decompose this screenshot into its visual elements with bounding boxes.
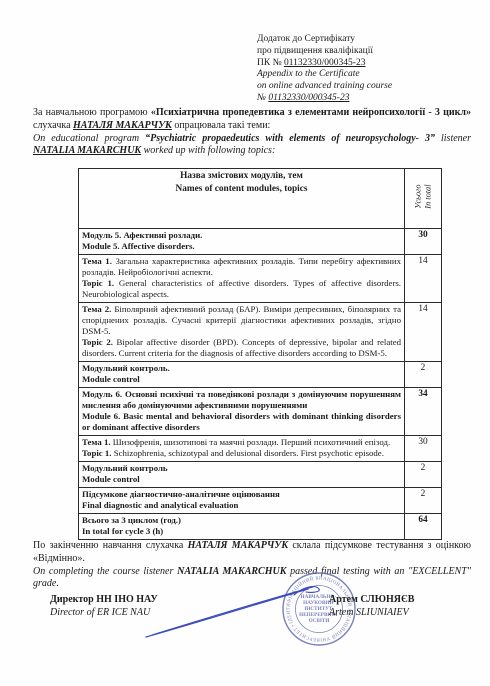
header-line-en-3: № 01132330/000345-23 xyxy=(257,93,392,105)
table-row: Модульний контроль Module control 2 xyxy=(79,462,442,488)
listener-name-uk: НАТАЛЯ МАКАРЧУК xyxy=(73,120,172,131)
header-line-en-1: Appendix to the Certificate xyxy=(257,69,392,81)
table-row-total: Всього за 3 циклом (год.) In total for c… xyxy=(79,514,442,540)
hours-cell: 14 xyxy=(405,303,442,362)
handwritten-signature xyxy=(132,574,352,644)
listener-name-uk: НАТАЛЯ МАКАРЧУК xyxy=(188,540,289,551)
hours-cell: 2 xyxy=(405,488,442,514)
table-row: Модульний контроль. Module control 2 xyxy=(79,362,442,388)
table-row: Модуль 6. Основні психічні та поведінков… xyxy=(79,388,442,436)
director-name-uk: Артем СЛЮНЯЄВ xyxy=(329,593,414,606)
table-header-row: Назва змістових модулів, тем Names of co… xyxy=(79,169,442,229)
row-text-en: Topic 2. Bipolar affective disorder (BPD… xyxy=(82,337,401,359)
row-text-uk: Всього за 3 циклом (год.) xyxy=(82,515,401,526)
row-text-uk: Модульний контроль xyxy=(82,463,401,474)
intro-paragraph: За навчальною програмою «Психіатрична пр… xyxy=(33,107,471,158)
header-line-en-2: on online advanced training course xyxy=(257,81,392,93)
header-line-uk-2: про підвищення кваліфікації xyxy=(257,46,392,58)
table-row: Модуль 5. Афективні розлади. Module 5. A… xyxy=(79,229,442,255)
row-text-en: Module control xyxy=(82,474,401,485)
header-line-uk-1: Додаток до Сертифікату xyxy=(257,34,392,46)
row-text-en: Module control xyxy=(82,374,401,385)
certificate-number: 01132330/000345-23 xyxy=(284,58,365,68)
director-name-en: Artem SLIUNIAIEV xyxy=(329,606,414,619)
row-text-en: Module 6. Basic mental and behavioral di… xyxy=(82,411,401,433)
row-text-uk: Модуль 6. Основні психічні та поведінков… xyxy=(82,389,401,411)
table-row: Тема 2. Біполярний афективний розлад (БА… xyxy=(79,303,442,362)
program-title-en: “Psychiatric propaedeutics with elements… xyxy=(145,133,435,144)
row-text-uk: Модуль 5. Афективні розлади. xyxy=(82,230,401,241)
hours-cell: 30 xyxy=(405,436,442,462)
header-cell-hours: Усього In total xyxy=(405,169,442,229)
certificate-number-en: 01132330/000345-23 xyxy=(268,93,349,103)
row-text-en: Topic 1. General characteristics of affe… xyxy=(82,278,401,300)
table-row: Підсумкове діагностично-аналітичне оціню… xyxy=(79,488,442,514)
hours-cell: 30 xyxy=(405,229,442,255)
row-text-uk: Модульний контроль. xyxy=(82,363,401,374)
header-cell-topics: Назва змістових модулів, тем Names of co… xyxy=(79,169,405,229)
hours-cell: 2 xyxy=(405,362,442,388)
row-text-en: In total for cycle 3 (h) xyxy=(82,526,401,537)
intro-uk: За навчальною програмою «Психіатрична пр… xyxy=(33,107,471,131)
row-text-en: Module 5. Affective disorders. xyxy=(82,241,401,252)
certificate-header: Додаток до Сертифікату про підвищення кв… xyxy=(257,34,392,105)
header-line-uk-3: ПК № 01132330/000345-23 xyxy=(257,58,392,70)
row-text-en: Topic 1. Schizophrenia, schizotypal and … xyxy=(82,448,401,459)
row-text-uk: Тема 1. Шизофренія, шизотипові та маячні… xyxy=(82,437,401,448)
certificate-appendix-page: Додаток до Сертифікату про підвищення кв… xyxy=(0,0,490,686)
hours-cell: 34 xyxy=(405,388,442,436)
table-row: Тема 1. Шизофренія, шизотипові та маячні… xyxy=(79,436,442,462)
program-title-uk: «Психіатрична пропедевтика з елементами … xyxy=(151,107,471,118)
row-text-uk: Підсумкове діагностично-аналітичне оціню… xyxy=(82,489,401,500)
listener-name-en: NATALIA MAKARCHUK xyxy=(33,145,141,156)
hours-header-rotated: Усього In total xyxy=(413,185,432,209)
table-row: Тема 1. Загальна характеристика афективн… xyxy=(79,255,442,303)
row-text-en: Final diagnostic and analytical evaluati… xyxy=(82,500,401,511)
row-text-uk: Тема 2. Біполярний афективний розлад (БА… xyxy=(82,304,401,337)
hours-cell: 14 xyxy=(405,255,442,303)
modules-table: Назва змістових модулів, тем Names of co… xyxy=(78,168,442,540)
row-text-uk: Тема 1. Загальна характеристика афективн… xyxy=(82,256,401,278)
outro-uk: По закінченню навчання слухачка НАТАЛЯ М… xyxy=(33,540,471,564)
intro-en: On educational program “Psychiatric prop… xyxy=(33,133,471,159)
signature-block-name: Артем СЛЮНЯЄВ Artem SLIUNIAIEV xyxy=(329,593,414,619)
hours-cell: 2 xyxy=(405,462,442,488)
hours-cell: 64 xyxy=(405,514,442,540)
